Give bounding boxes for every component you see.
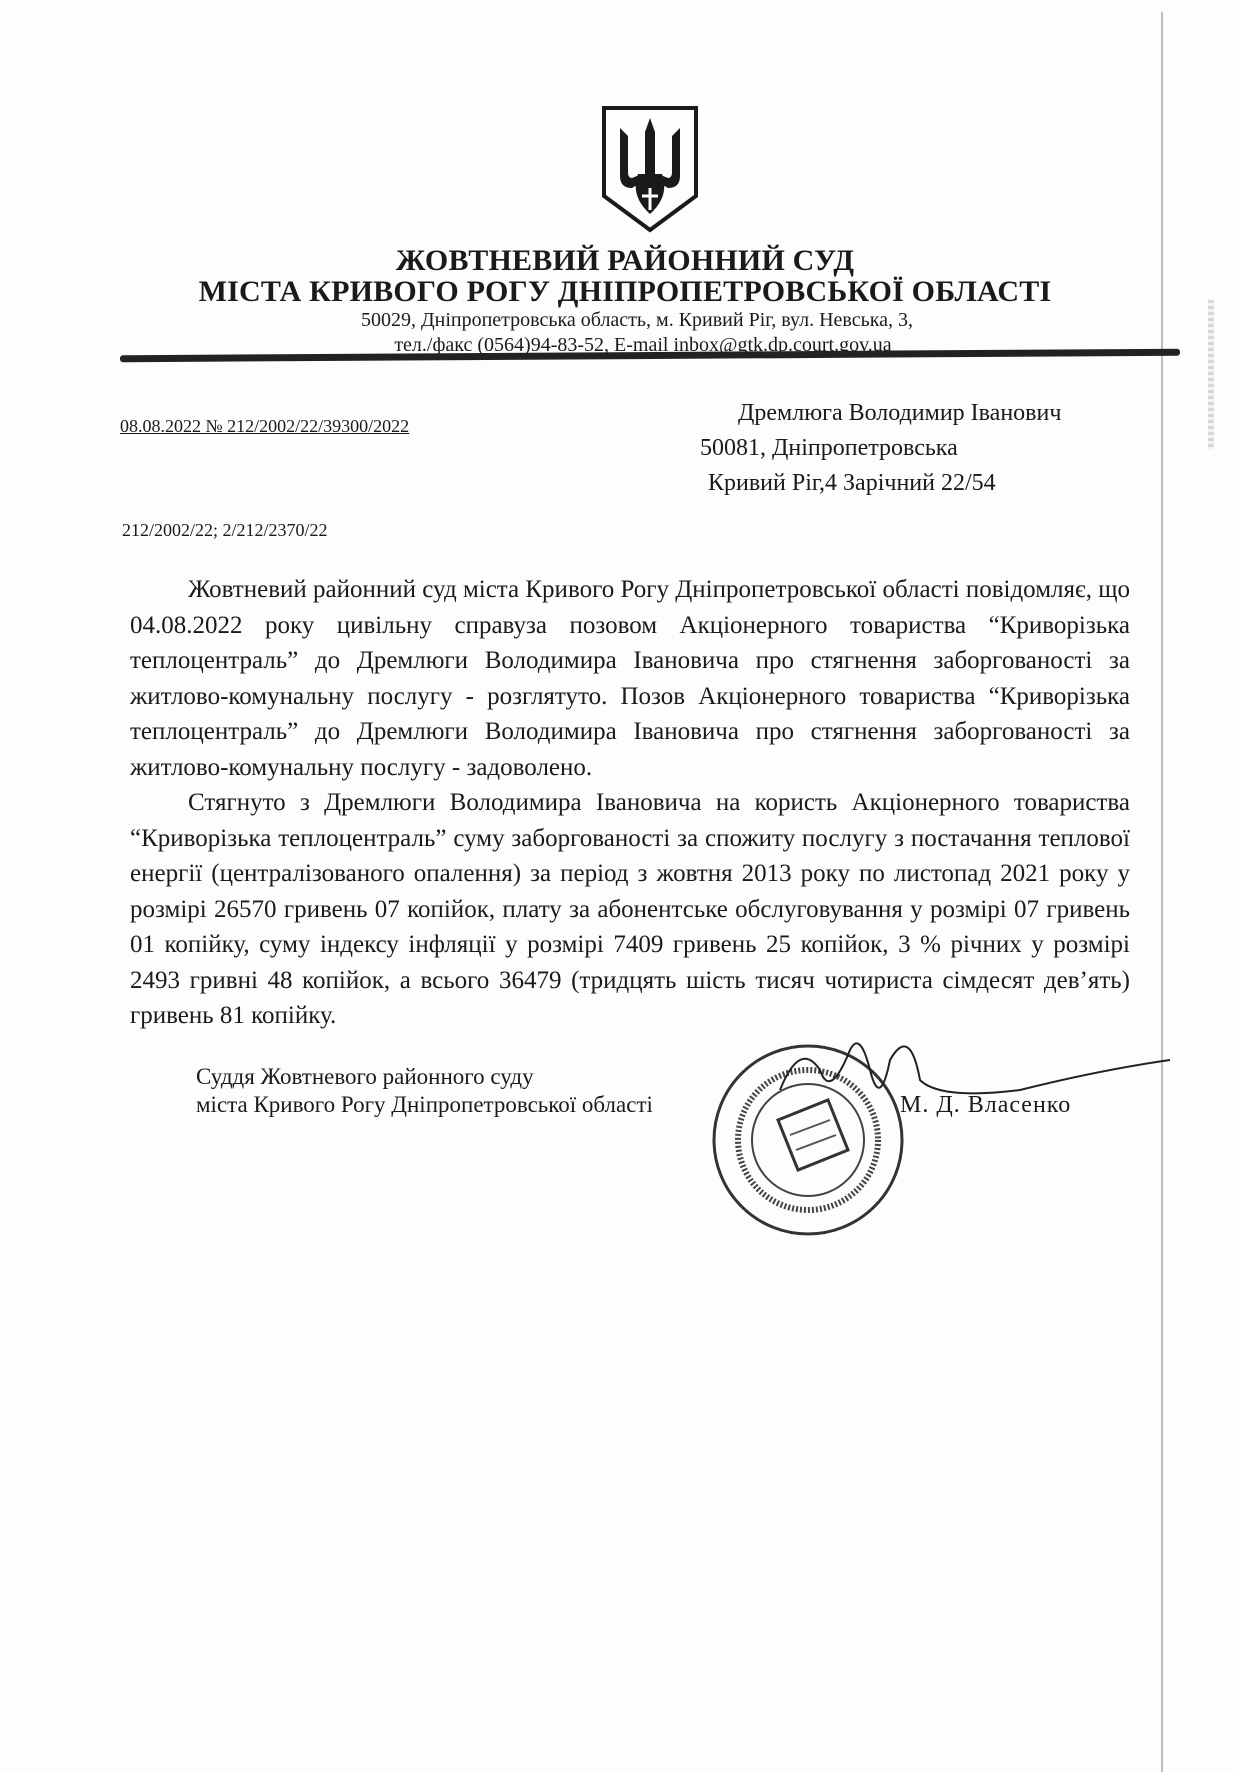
court-name-line2: МІСТА КРИВОГО РОГУ ДНІПРОПЕТРОВСЬКОЇ ОБЛ… bbox=[8, 275, 1234, 309]
letter-body: Жовтневий районний суд міста Кривого Рог… bbox=[130, 572, 1130, 1034]
recipient-name: Дремлюга Володимир Іванович bbox=[738, 400, 1061, 427]
body-paragraph-notice: Жовтневий районний суд міста Кривого Рог… bbox=[130, 572, 1130, 785]
recipient-region: 50081, Дніпропетровська bbox=[700, 435, 958, 462]
trident-emblem-icon bbox=[598, 104, 702, 234]
outgoing-reference: 08.08.2022 № 212/2002/22/39300/2022 bbox=[120, 416, 409, 437]
case-reference: 212/2002/22; 2/212/2370/22 bbox=[122, 520, 328, 541]
body-paragraph-judgment: Стягнуто з Дремлюги Володимира Івановича… bbox=[130, 785, 1130, 1034]
signature-title-line2: міста Кривого Рогу Дніпропетровської обл… bbox=[196, 1092, 653, 1118]
handwritten-signature bbox=[760, 1030, 1180, 1150]
signature-title-line1: Суддя Жовтневого районного суду bbox=[196, 1064, 534, 1090]
recipient-address: Кривий Ріг,4 Зарічний 22/54 bbox=[708, 470, 996, 497]
court-name-line1: ЖОВТНЕВИЙ РАЙОННИЙ СУД bbox=[8, 244, 1234, 278]
court-address: 50029, Дніпропетровська область, м. Крив… bbox=[20, 309, 1234, 332]
judge-name: М. Д. Власенко bbox=[900, 1092, 1071, 1119]
